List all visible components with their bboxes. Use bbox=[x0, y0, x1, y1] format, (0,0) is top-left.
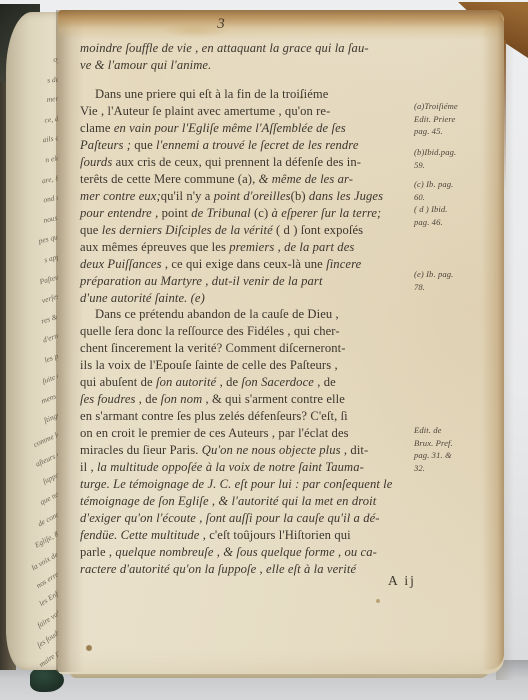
text-segment: de Tribunal bbox=[191, 206, 251, 220]
text-segment: pour entendre , bbox=[80, 206, 158, 220]
text-segment: la multitude oppoſée à la voix de notre … bbox=[97, 460, 364, 474]
margin-note-line: ( d ) Ibid. bbox=[414, 203, 486, 216]
text-line: qui abuſent de ſon autorité , de ſon Sac… bbox=[80, 374, 416, 391]
text-line: Vie , l'Auteur ſe plaint avec amertume ,… bbox=[80, 103, 416, 120]
text-segment: ce qui exige dans ceux-là une bbox=[168, 257, 326, 271]
text-segment: Paſteurs ; bbox=[80, 138, 131, 152]
text-segment: les derniers Diſciples de la vérité bbox=[102, 223, 273, 237]
text-line: d'exiger qu'on l'écoute , ſont auſſi pou… bbox=[80, 510, 416, 527]
text-segment: dans les Juges bbox=[306, 189, 383, 203]
text-segment: ( d ) bbox=[273, 223, 301, 237]
text-segment: , & qui s'arment contre elle bbox=[202, 392, 345, 406]
margin-note-line: Edit. de bbox=[414, 424, 486, 437]
text-segment: turge. Le témoignage de J. C. eſt pour l… bbox=[80, 477, 392, 491]
text-line: Dans ce prétendu abandon de la cauſe de … bbox=[80, 306, 416, 323]
margin-note-line: pag. 45. bbox=[414, 125, 486, 138]
text-segment: Dans ce prétendu abandon de la cauſe de … bbox=[95, 307, 339, 321]
text-line: mer contre eux;qu'il n'y a point d'oreil… bbox=[80, 188, 416, 205]
text-line: clame en vain pour l'Egliſe même l'Aſſem… bbox=[80, 120, 416, 137]
text-line: Paſteurs ; que l'ennemi a trouvé le ſecr… bbox=[80, 137, 416, 154]
page-number: 3 bbox=[206, 16, 236, 33]
text-segment: (c) bbox=[251, 206, 272, 220]
text-segment: en vain pour l'Egliſe même l'Aſſemblée d… bbox=[114, 121, 346, 135]
text-line: quelle ſera donc la reſſource des Fidéle… bbox=[80, 323, 416, 340]
text-segment: l'ennemi a trouvé le ſecret de les rendr… bbox=[156, 138, 359, 152]
text-segment: terêts de cette Mere commune (a), bbox=[80, 172, 259, 186]
text-segment: , dit- bbox=[341, 443, 369, 457]
printed-content: 3 moindre ſouffle de vie , en attaquant … bbox=[0, 0, 528, 700]
paragraph: moindre ſouffle de vie , en attaquant la… bbox=[80, 40, 416, 74]
text-segment: ſon autorité bbox=[156, 375, 216, 389]
text-line: parle , quelque nombreuſe , & ſous quelq… bbox=[80, 544, 416, 561]
text-line: d'une autorité ſainte. (e) bbox=[80, 290, 416, 307]
text-line: témoignage de ſon Egliſe , & l'autorité … bbox=[80, 493, 416, 510]
text-segment: ſont expoſés bbox=[301, 223, 363, 237]
margin-note-line: pag. 31. & bbox=[414, 449, 486, 462]
text-segment: point d'oreilles bbox=[214, 189, 291, 203]
paragraph: Dans ce prétendu abandon de la cauſe de … bbox=[80, 306, 416, 578]
text-segment: ſincere bbox=[326, 257, 361, 271]
text-segment: ils la voix de l'Epouſe ſainte de celle … bbox=[80, 358, 338, 372]
text-segment: préparation au Martyre , dut-il venir de… bbox=[80, 274, 323, 288]
text-line: Dans une priere qui eſt à la fin de la t… bbox=[80, 86, 416, 103]
margin-note: (a)TroiſiémeEdit. Prierepag. 45. bbox=[414, 100, 486, 138]
margin-note-line: (a)Troiſiéme bbox=[414, 100, 486, 113]
text-line: en s'armant contre ſes plus zelés défenſ… bbox=[80, 408, 416, 425]
text-segment: en s'armant contre ſes plus zelés défenſ… bbox=[80, 409, 348, 423]
text-line: on en croit le premier de ces Auteurs , … bbox=[80, 425, 416, 442]
text-line: préparation au Martyre , dut-il venir de… bbox=[80, 273, 416, 290]
text-segment: miracles du ſieur Paris. bbox=[80, 443, 202, 457]
margin-note: Edit. deBrux. Pref.pag. 31. &32. bbox=[414, 424, 486, 474]
text-line: deux Puiſſances , ce qui exige dans ceux… bbox=[80, 256, 416, 273]
text-line: ve & l'amour qui l'anime. bbox=[80, 57, 416, 74]
text-segment: point bbox=[158, 206, 191, 220]
text-segment: Qu'on ne nous objecte plus bbox=[202, 443, 341, 457]
text-segment: aux cris de ceux, qui prennent la défenſ… bbox=[112, 155, 361, 169]
text-segment: ſon nom bbox=[161, 392, 203, 406]
text-line: terêts de cette Mere commune (a), & même… bbox=[80, 171, 416, 188]
text-segment: témoignage de ſon Egliſe , & l'autorité … bbox=[80, 494, 376, 508]
margin-note-line: 59. bbox=[414, 159, 486, 172]
text-segment: fendüe. Cette multitude , bbox=[80, 528, 206, 542]
text-segment: que bbox=[131, 138, 156, 152]
margin-note: (e) Ib. pag.78. bbox=[414, 268, 486, 293]
margin-note-line: (c) Ib. pag. bbox=[414, 178, 486, 191]
text-segment: c'eſt toûjours l'Hiſtorien qui bbox=[206, 528, 351, 542]
margin-note-line: pag. 46. bbox=[414, 216, 486, 229]
margin-note-line: 32. bbox=[414, 462, 486, 475]
text-segment: deux Puiſſances , bbox=[80, 257, 168, 271]
text-segment: (b) bbox=[291, 189, 306, 203]
text-segment: d'exiger qu'on l'écoute , ſont auſſi pou… bbox=[80, 511, 380, 525]
text-segment: aux mêmes épreuves que les bbox=[80, 240, 229, 254]
margin-note: ( d ) Ibid.pag. 46. bbox=[414, 203, 486, 228]
text-segment: ſourds bbox=[80, 155, 112, 169]
margin-note: (b)Ibid.pag.59. bbox=[414, 146, 486, 171]
text-line: chent ſincerement la verité? Comment diſ… bbox=[80, 340, 416, 357]
text-segment: moindre ſouffle de vie , en attaquant la… bbox=[80, 41, 369, 55]
paragraph: Dans une priere qui eſt à la fin de la t… bbox=[80, 86, 416, 307]
margin-note: (c) Ib. pag.60. bbox=[414, 178, 486, 203]
text-line: moindre ſouffle de vie , en attaquant la… bbox=[80, 40, 416, 57]
text-line: miracles du ſieur Paris. Qu'on ne nous o… bbox=[80, 442, 416, 459]
text-segment: parle , bbox=[80, 545, 115, 559]
text-segment: Dans une priere qui eſt à la fin de la t… bbox=[95, 87, 329, 101]
text-line: fendüe. Cette multitude , c'eſt toûjours… bbox=[80, 527, 416, 544]
margin-note-line: (e) Ib. pag. bbox=[414, 268, 486, 281]
book-photograph: oy as deſirmer lace, danails auxn elevéa… bbox=[0, 0, 528, 700]
text-segment: ſes foudres bbox=[80, 392, 136, 406]
text-line: ractere d'autorité qu'on la ſuppoſe , el… bbox=[80, 561, 416, 578]
margin-note-line: (b)Ibid.pag. bbox=[414, 146, 486, 159]
text-segment: on en croit le premier de ces Auteurs , … bbox=[80, 426, 349, 440]
text-segment: d'une autorité ſainte. (e) bbox=[80, 291, 205, 305]
text-segment: ractere d'autorité qu'on la ſuppoſe , el… bbox=[80, 562, 356, 576]
text-segment: à eſperer ſur la terre; bbox=[272, 206, 382, 220]
text-segment: que bbox=[80, 223, 102, 237]
text-segment: chent ſincerement la verité? Comment diſ… bbox=[80, 341, 346, 355]
margin-note-line: Brux. Pref. bbox=[414, 437, 486, 450]
text-segment: ſon Sacerdoce bbox=[241, 375, 314, 389]
margin-note-line: 60. bbox=[414, 191, 486, 204]
text-segment: quelle ſera donc la reſſource des Fidéle… bbox=[80, 324, 340, 338]
text-segment: & même de les ar- bbox=[259, 172, 353, 186]
margin-note-line: Edit. Priere bbox=[414, 113, 486, 126]
text-segment: Vie , l'Auteur ſe plaint avec amertume ,… bbox=[80, 104, 330, 118]
text-line: ſourds aux cris de ceux, qui prennent la… bbox=[80, 154, 416, 171]
text-segment: , de bbox=[136, 392, 161, 406]
text-segment: clame bbox=[80, 121, 114, 135]
text-line: ſes foudres , de ſon nom , & qui s'armen… bbox=[80, 391, 416, 408]
text-segment: ve & l'amour qui l'anime. bbox=[80, 58, 211, 72]
text-line: aux mêmes épreuves que les premiers , de… bbox=[80, 239, 416, 256]
text-line: que les derniers Diſciples de la vérité … bbox=[80, 222, 416, 239]
text-segment: quelque nombreuſe , & ſous quelque forme… bbox=[115, 545, 377, 559]
text-segment: , de bbox=[216, 375, 241, 389]
text-line: pour entendre , point de Tribunal (c) à … bbox=[80, 205, 416, 222]
text-segment: premiers , de la part des bbox=[229, 240, 354, 254]
text-segment: mer contre eux; bbox=[80, 189, 161, 203]
text-line: il , la multitude oppoſée à la voix de n… bbox=[80, 459, 416, 476]
text-segment: qui abuſent de bbox=[80, 375, 156, 389]
text-segment: qu'il n'y a bbox=[161, 189, 214, 203]
text-line: ils la voix de l'Epouſe ſainte de celle … bbox=[80, 357, 416, 374]
signature-mark: A ij bbox=[388, 573, 416, 589]
margin-note-line: 78. bbox=[414, 281, 486, 294]
text-segment: il , bbox=[80, 460, 97, 474]
text-line: turge. Le témoignage de J. C. eſt pour l… bbox=[80, 476, 416, 493]
text-segment: , de bbox=[314, 375, 336, 389]
